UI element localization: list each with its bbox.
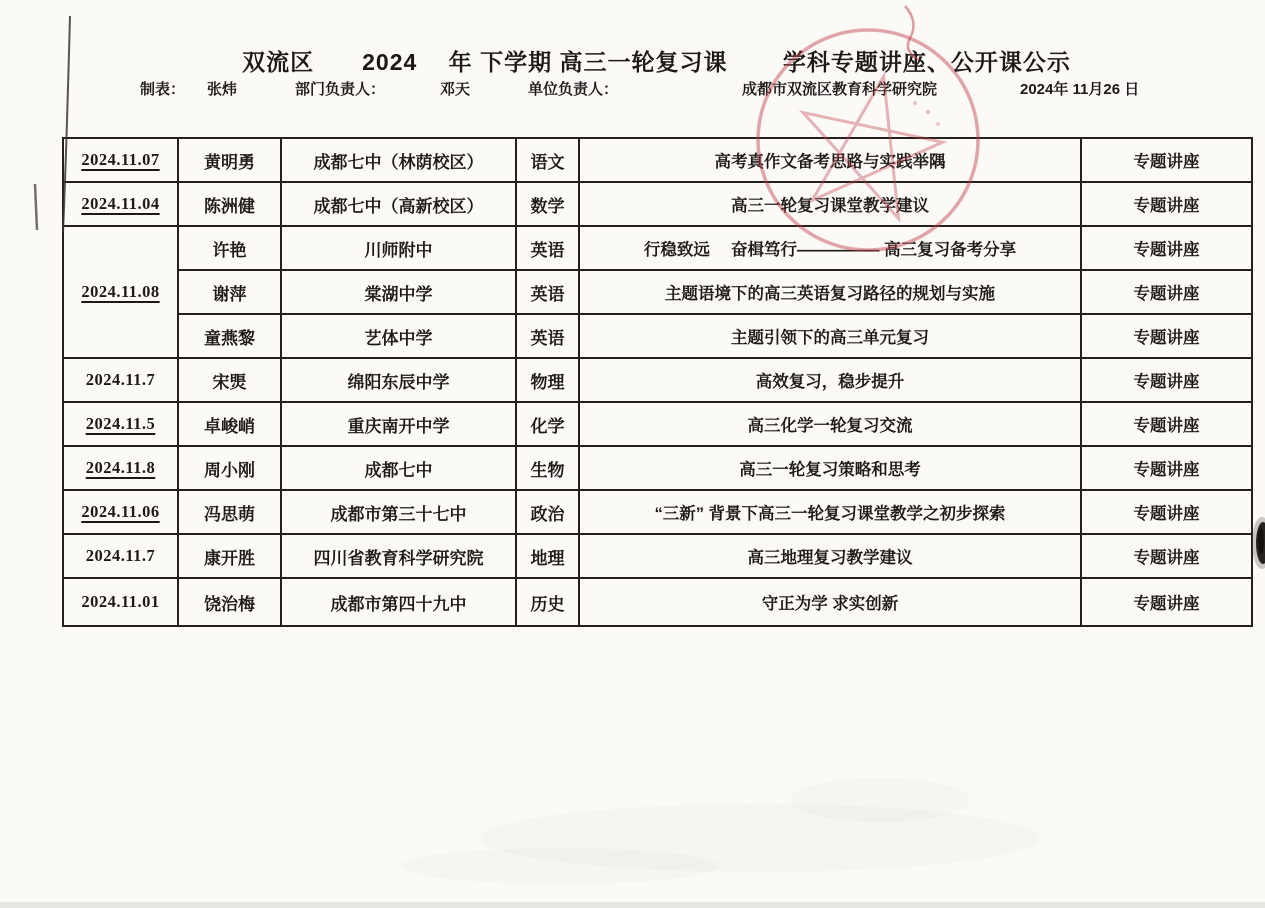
- name-cell: 黄明勇: [178, 138, 281, 182]
- name-cell: 康开胜: [178, 534, 281, 578]
- date-cell: 2024.11.06: [63, 490, 178, 534]
- maker-label: 制表：: [140, 78, 185, 99]
- school-cell: 重庆南开中学: [281, 402, 516, 446]
- school-cell: 棠湖中学: [281, 270, 516, 314]
- type-cell: 专题讲座: [1081, 182, 1252, 226]
- school-cell: 川师附中: [281, 226, 516, 270]
- maker-name: 张炜: [207, 78, 237, 99]
- topic-cell: 主题引领下的高三单元复习: [579, 314, 1081, 358]
- date-cell: 2024.11.08: [63, 226, 178, 358]
- table-row: 2024.11.7宋煚绵阳东辰中学物理高效复习，稳步提升专题讲座: [63, 358, 1252, 402]
- type-cell: 专题讲座: [1081, 490, 1252, 534]
- subject-cell: 生物: [516, 446, 579, 490]
- subject-cell: 化学: [516, 402, 579, 446]
- type-cell: 专题讲座: [1081, 138, 1252, 182]
- scan-bottom-edge: [0, 902, 1265, 908]
- name-cell: 周小刚: [178, 446, 281, 490]
- type-cell: 专题讲座: [1081, 534, 1252, 578]
- name-cell: 童燕黎: [178, 314, 281, 358]
- school-cell: 成都七中（林荫校区）: [281, 138, 516, 182]
- type-cell: 专题讲座: [1081, 402, 1252, 446]
- subject-cell: 英语: [516, 226, 579, 270]
- topic-cell: 守正为学 求实创新: [579, 578, 1081, 626]
- topic-cell: 高三一轮复习策略和思考: [579, 446, 1081, 490]
- date-cell: 2024.11.5: [63, 402, 178, 446]
- subject-cell: 物理: [516, 358, 579, 402]
- topic-cell: 高三化学一轮复习交流: [579, 402, 1081, 446]
- school-cell: 成都七中: [281, 446, 516, 490]
- unit-name: 成都市双流区教育科学研究院: [742, 78, 937, 99]
- dept-head-label: 部门负责人：: [295, 78, 385, 99]
- table-row: 2024.11.5卓峻峭重庆南开中学化学高三化学一轮复习交流专题讲座: [63, 402, 1252, 446]
- table-row: 2024.11.8周小刚成都七中生物高三一轮复习策略和思考专题讲座: [63, 446, 1252, 490]
- table-row: 2024.11.06冯思萌成都市第三十七中政治“三新” 背景下高三一轮复习课堂教…: [63, 490, 1252, 534]
- bleedthrough-smudges: [400, 778, 1040, 884]
- type-cell: 专题讲座: [1081, 270, 1252, 314]
- name-cell: 冯思萌: [178, 490, 281, 534]
- subject-cell: 政治: [516, 490, 579, 534]
- topic-cell: 高效复习，稳步提升: [579, 358, 1081, 402]
- subject-cell: 历史: [516, 578, 579, 626]
- topic-cell: 高考真作文备考思路与实践举隅: [579, 138, 1081, 182]
- page-title: 双流区 2024 年 下学期 高三一轮复习课 学科专题讲座、公开课公示: [62, 44, 1251, 77]
- date-cell: 2024.11.7: [63, 534, 178, 578]
- table-row: 2024.11.01饶治梅成都市第四十九中历史守正为学 求实创新专题讲座: [63, 578, 1252, 626]
- type-cell: 专题讲座: [1081, 314, 1252, 358]
- document-date: 2024年 11月26 日: [1020, 78, 1139, 99]
- school-cell: 绵阳东辰中学: [281, 358, 516, 402]
- date-cell: 2024.11.8: [63, 446, 178, 490]
- date-cell: 2024.11.7: [63, 358, 178, 402]
- table-row: 谢萍棠湖中学英语主题语境下的高三英语复习路径的规划与实施专题讲座: [63, 270, 1252, 314]
- school-cell: 四川省教育科学研究院: [281, 534, 516, 578]
- topic-cell: “三新” 背景下高三一轮复习课堂教学之初步探索: [579, 490, 1081, 534]
- school-cell: 成都市第四十九中: [281, 578, 516, 626]
- date-cell: 2024.11.07: [63, 138, 178, 182]
- schedule-table: 2024.11.07黄明勇成都七中（林荫校区）语文高考真作文备考思路与实践举隅专…: [62, 137, 1253, 627]
- dept-head-name: 邓天: [440, 78, 470, 99]
- table-row: 2024.11.04陈洲健成都七中（高新校区）数学高三一轮复习课堂教学建议专题讲…: [63, 182, 1252, 226]
- date-cell: 2024.11.04: [63, 182, 178, 226]
- type-cell: 专题讲座: [1081, 358, 1252, 402]
- name-cell: 宋煚: [178, 358, 281, 402]
- table-row: 2024.11.7康开胜四川省教育科学研究院地理高三地理复习教学建议专题讲座: [63, 534, 1252, 578]
- school-cell: 成都七中（高新校区）: [281, 182, 516, 226]
- unit-head-label: 单位负责人：: [528, 78, 618, 99]
- subject-cell: 英语: [516, 314, 579, 358]
- table-row: 2024.11.07黄明勇成都七中（林荫校区）语文高考真作文备考思路与实践举隅专…: [63, 138, 1252, 182]
- type-cell: 专题讲座: [1081, 226, 1252, 270]
- school-cell: 成都市第三十七中: [281, 490, 516, 534]
- topic-cell: 行稳致远 奋楫笃行————— 高三复习备考分享: [579, 226, 1081, 270]
- name-cell: 陈洲健: [178, 182, 281, 226]
- date-cell: 2024.11.01: [63, 578, 178, 626]
- name-cell: 许艳: [178, 226, 281, 270]
- meta-line: 制表： 张炜 部门负责人： 邓天 单位负责人： 成都市双流区教育科学研究院 20…: [0, 78, 1265, 100]
- scanned-document-page: { "colors": { "ink": "#1d1916", "line": …: [0, 0, 1265, 908]
- type-cell: 专题讲座: [1081, 446, 1252, 490]
- table-row: 童燕黎艺体中学英语主题引领下的高三单元复习专题讲座: [63, 314, 1252, 358]
- name-cell: 饶治梅: [178, 578, 281, 626]
- topic-cell: 高三一轮复习课堂教学建议: [579, 182, 1081, 226]
- name-cell: 谢萍: [178, 270, 281, 314]
- subject-cell: 语文: [516, 138, 579, 182]
- type-cell: 专题讲座: [1081, 578, 1252, 626]
- name-cell: 卓峻峭: [178, 402, 281, 446]
- school-cell: 艺体中学: [281, 314, 516, 358]
- table-row: 2024.11.08许艳川师附中英语行稳致远 奋楫笃行————— 高三复习备考分…: [63, 226, 1252, 270]
- subject-cell: 数学: [516, 182, 579, 226]
- subject-cell: 地理: [516, 534, 579, 578]
- scan-edge-blob: [1252, 517, 1265, 569]
- topic-cell: 高三地理复习教学建议: [579, 534, 1081, 578]
- scan-scratch-mark: [35, 184, 37, 230]
- subject-cell: 英语: [516, 270, 579, 314]
- topic-cell: 主题语境下的高三英语复习路径的规划与实施: [579, 270, 1081, 314]
